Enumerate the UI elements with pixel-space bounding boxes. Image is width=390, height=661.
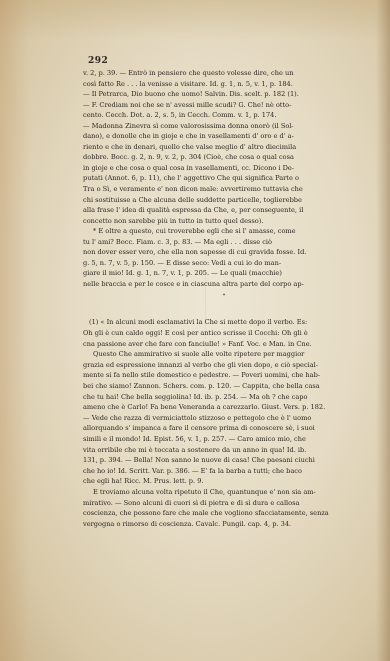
text-line: allorquando s' impanca a fare il censore…	[83, 423, 365, 434]
footnote-paragraph-1: (1) « In alcuni modi esclamativi la Che …	[83, 317, 365, 349]
text-line: cna passione aver che fare con fanciulle…	[83, 339, 365, 350]
section-divider-mark: •	[83, 293, 365, 299]
body-paragraph-2: * E oltre a questo, cui troverebbe egli …	[83, 226, 365, 289]
text-line: concetto non sarebbe più in tutto in tut…	[83, 216, 365, 227]
text-line: mirativo. — Sono alcuni di cuori sì di p…	[83, 498, 365, 509]
text-line: — Vede che razza di vermiciattolo stizzo…	[83, 413, 365, 424]
footnote: (1) « In alcuni modi esclamativi la Che …	[83, 317, 365, 529]
footnote-paragraph-3: E troviamo alcuna volta ripetuto il Che,…	[83, 487, 365, 529]
text-line: — Il Petrarca, Dio buono che uomo! Salvi…	[83, 89, 365, 100]
text-line: vergogna o rimorso di coscienza. Cavalc.…	[83, 519, 365, 530]
text-line: dobbre. Bocc. g. 2, n. 9, v. 2, p. 304 (…	[83, 152, 365, 163]
text-line: v. 2, p. 39. — Entrò in pensiero che que…	[83, 68, 365, 79]
text-line: simili e il mondo! Id. Epist. 56, v. 1, …	[83, 434, 365, 445]
text-block: 292 v. 2, p. 39. — Entrò in pensiero che…	[83, 56, 365, 529]
text-line: (1) « In alcuni modi esclamativi la Che …	[83, 317, 365, 328]
text-line: putati (Annot. 6, p. 11), che l' aggetti…	[83, 173, 365, 184]
text-line: — Madonna Zinevra sì come valorosissima …	[83, 121, 365, 132]
text-line: nelle braccia e per le cosce e in ciascu…	[83, 279, 365, 290]
footnote-paragraph-2: Questo Che ammirativo si suole alle volt…	[83, 349, 365, 487]
body-text: v. 2, p. 39. — Entrò in pensiero che que…	[83, 68, 365, 289]
text-line: Tra o Sì, e veramente e' non dicon male:…	[83, 184, 365, 195]
text-line: che egli ha! Ricc. M. Prus. lett. p. 9.	[83, 476, 365, 487]
text-line: tu l' ami? Bocc. Fiam. c. 3, p. 83. — Ma…	[83, 237, 365, 248]
text-line: ameno che è Carlo! Fa bene Veneranda a c…	[83, 402, 365, 413]
text-line: grazia ed espressione innanzi al verbo c…	[83, 360, 365, 371]
text-line: in gioje e che cosa o qual cosa in vasel…	[83, 163, 365, 174]
text-line: alla frase l' idea di qualità espressa d…	[83, 205, 365, 216]
text-line: chi sostituisse a Che alcuna delle sudde…	[83, 195, 365, 206]
text-line: vita orribile che mi è toccata a sostene…	[83, 445, 365, 456]
body-paragraph-1: v. 2, p. 39. — Entrò in pensiero che que…	[83, 68, 365, 226]
text-line: giare il mio! Id. g. 1, n. 7, v. 1, p. 2…	[83, 268, 365, 279]
text-line: che tu hai! Che bella seggiolina! Id. ib…	[83, 392, 365, 403]
text-line: così fatto Re . . . la venisse a visitar…	[83, 79, 365, 90]
text-line: coscienza, che possono fare che male che…	[83, 508, 365, 519]
text-line: dano), e donolle che in gioje e che in v…	[83, 131, 365, 142]
page-shadow-top	[0, 0, 390, 40]
text-line: che ho io! Id. Scritt. Var. p. 386. — E'…	[83, 466, 365, 477]
text-line: Questo Che ammirativo si suole alle volt…	[83, 349, 365, 360]
text-line: * E oltre a questo, cui troverebbe egli …	[83, 226, 365, 237]
page-shadow-right	[376, 0, 390, 661]
text-line: — F. Crediam noi che se n' avessi mille …	[83, 100, 365, 111]
text-line: Oh gli è cun caldo oggi! E così per anti…	[83, 328, 365, 339]
page-number: 292	[88, 56, 365, 67]
text-line: cento. Cecch. Dot. a. 2, s. 5, in Cecch.…	[83, 110, 365, 121]
scanned-book-page: 292 v. 2, p. 39. — Entrò in pensiero che…	[0, 0, 390, 661]
text-line: non dover esser vero, che ella non sapes…	[83, 247, 365, 258]
text-line: mente si fa nello stile domestico e pede…	[83, 370, 365, 381]
text-line: riento e che in denari, quello che valse…	[83, 142, 365, 153]
text-line: bei che siamo! Zannon. Schers. com. p. 1…	[83, 381, 365, 392]
text-line: E troviamo alcuna volta ripetuto il Che,…	[83, 487, 365, 498]
page-shadow-left	[0, 0, 30, 661]
text-line: 131, p. 394. — Bella! Non sanno le nuove…	[83, 455, 365, 466]
text-line: g. 5, n. 7, v. 5, p. 150. — E disse seco…	[83, 258, 365, 269]
